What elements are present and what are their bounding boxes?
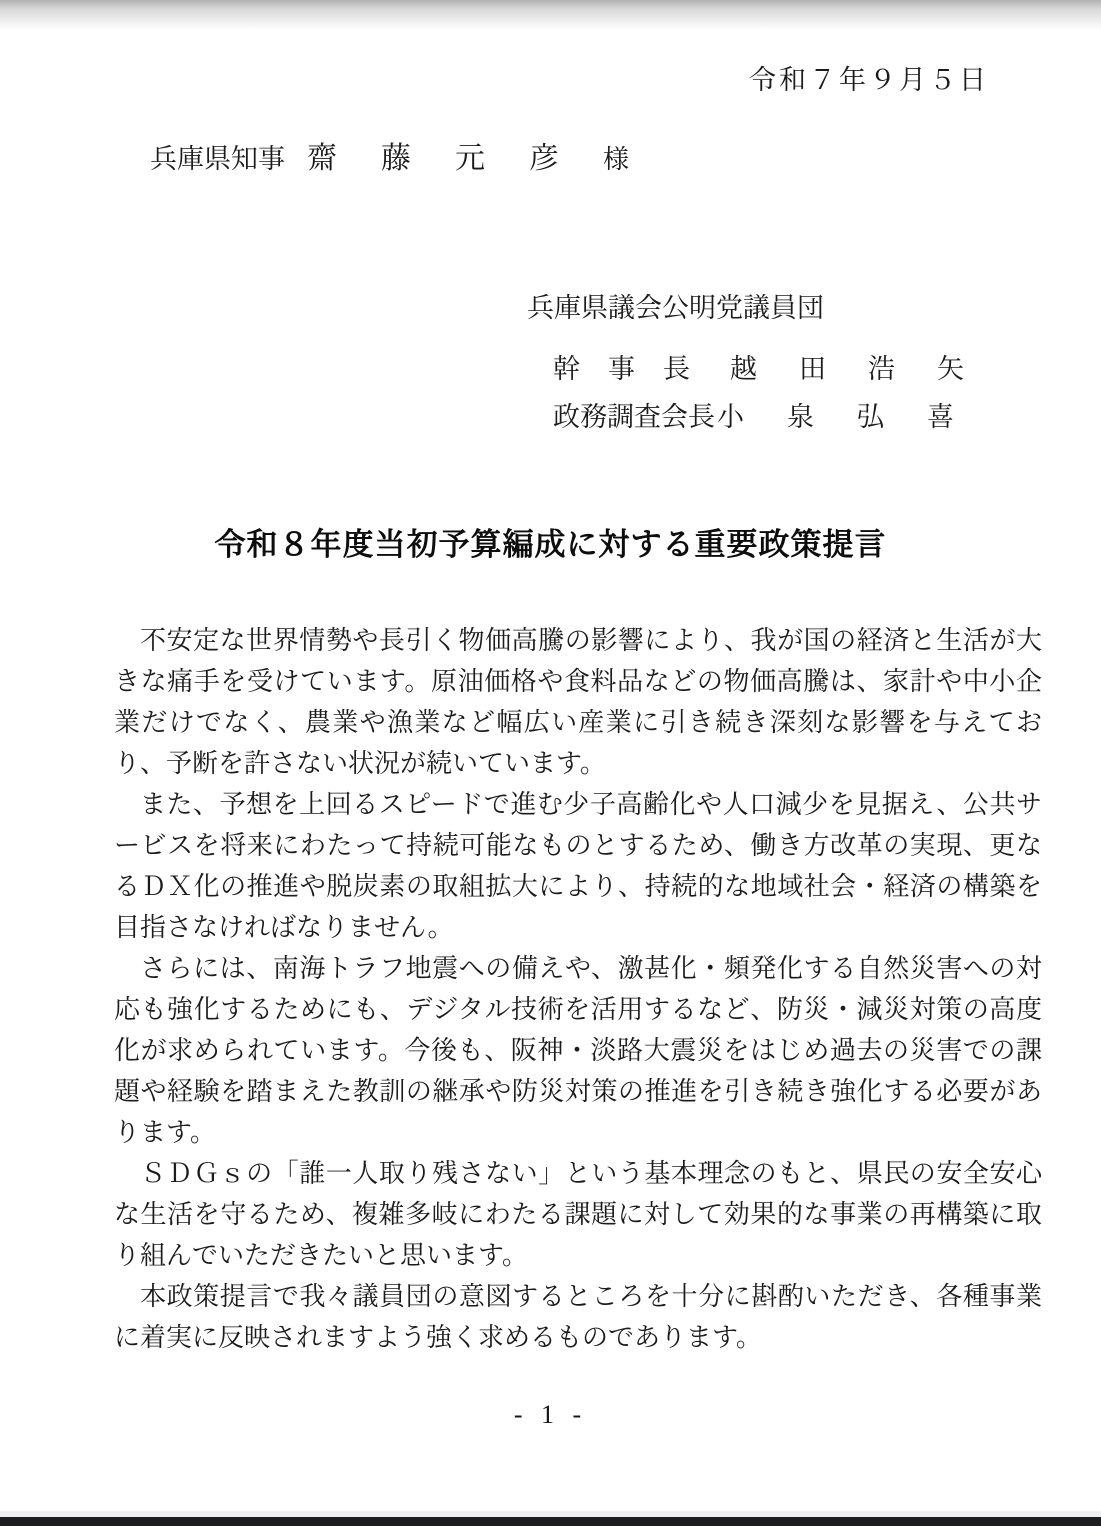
paragraph: ＳＤＧｓの「誰一人取り残さない」という基本理念のもと、県民の安全安心な生活を守る… <box>114 1153 1042 1276</box>
document-page: 令和７年９月５日 兵庫県知事齋藤元彦様 兵庫県議会公明党議員団 幹事長越田浩矢 … <box>0 0 1101 1526</box>
paragraph: さらには、南海トラフ地震への備えや、激甚化・頻発化する自然災害への対応も強化する… <box>114 948 1042 1153</box>
sender-role: 幹事長 <box>553 354 718 384</box>
bottom-bar <box>0 1517 1101 1526</box>
sender-organization: 兵庫県議会公明党議員団 <box>527 286 1006 325</box>
addressee-line: 兵庫県知事齋藤元彦様 <box>150 133 629 177</box>
addressee-name: 齋藤元彦 <box>307 142 603 175</box>
sender-name: 小泉弘喜 <box>717 402 997 432</box>
paragraph: 不安定な世界情勢や長引く物価高騰の影響により、我が国の経済と生活が大きな痛手を受… <box>114 620 1042 784</box>
document-date: 令和７年９月５日 <box>749 58 989 97</box>
sender-block: 兵庫県議会公明党議員団 幹事長越田浩矢 政務調査会長小泉弘喜 <box>527 286 1006 443</box>
document-title: 令和８年度当初予算編成に対する重要政策提言 <box>0 519 1101 564</box>
paragraph: また、予想を上回るスピードで進む少子高齢化や人口減少を見据え、公共サービスを将来… <box>114 784 1042 948</box>
page-number: - 1 - <box>0 1400 1101 1430</box>
addressee-honorific: 様 <box>603 145 629 174</box>
scan-shadow-top <box>0 0 1101 30</box>
paragraph: 本政策提言で我々議員団の意図するところを十分に斟酌いただき、各種事業に着実に反映… <box>114 1276 1042 1358</box>
sender-member: 政務調査会長小泉弘喜 <box>553 395 1006 427</box>
sender-name: 越田浩矢 <box>730 354 1006 384</box>
addressee-title: 兵庫県知事 <box>150 144 285 174</box>
sender-role: 政務調査会長 <box>553 402 715 432</box>
document-body: 不安定な世界情勢や長引く物価高騰の影響により、我が国の経済と生活が大きな痛手を受… <box>114 620 1042 1358</box>
sender-member: 幹事長越田浩矢 <box>553 347 1006 379</box>
